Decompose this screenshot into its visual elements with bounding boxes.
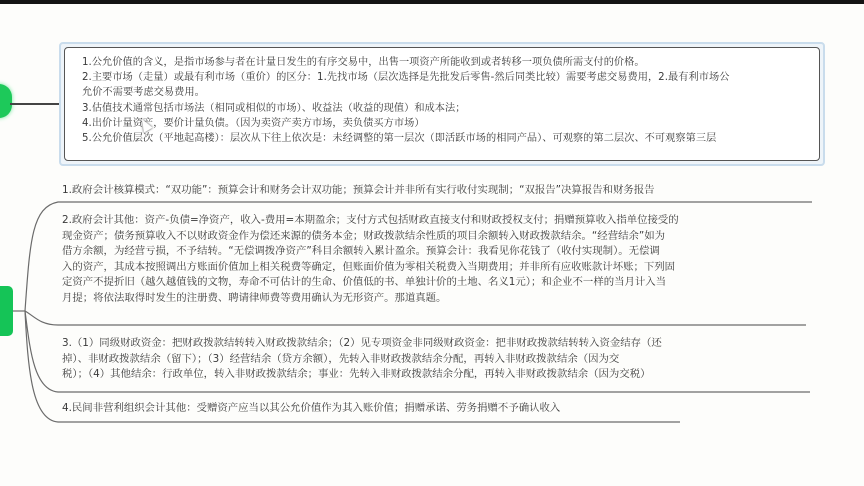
callout-content: 1.公允价值的含义，是指市场参与者在计量日发生的有序交易中，出售一项资产所能收到… — [64, 47, 820, 161]
topic-line: 现金资产；债务预算收入不以财政资金作为偿还来源的债务本金；财政拨款结余性质的项目… — [62, 229, 679, 245]
topic-line: 定资产不提折旧（越久越值钱的文物，寿命不可估计的生命、价值低的书、单独计价的土地… — [62, 275, 679, 291]
topic-nonprofit-accounting[interactable]: 4.民间非营利组织会计其他：受赠资产应当以其公允价值作为其入账价值；捐赠承诺、劳… — [62, 401, 560, 417]
callout-line: 允价不需要考虑交易费用。 — [82, 85, 819, 100]
topic-line: 借方余额，为经营亏损，不予结转。“无偿调拨净资产”科目余额转入累计盈余。预算会计… — [62, 244, 679, 260]
callout-line: 2.主要市场（走量）或最有利市场（重价）的区分：1.先找市场（层次选择是先批发后… — [82, 70, 819, 85]
callout-box-fair-value[interactable]: 1.公允价值的含义，是指市场参与者在计量日发生的有序交易中，出售一项资产所能收到… — [59, 42, 825, 166]
topic-gov-accounting-other[interactable]: 2.政府会计其他：资产-负债=净资产，收入-费用=本期盈余；支付方式包括财政直接… — [62, 213, 679, 307]
topic-line: 2.政府会计其他：资产-负债=净资产，收入-费用=本期盈余；支付方式包括财政直接… — [62, 213, 679, 229]
connector-line — [10, 103, 60, 105]
parent-topic-node-top[interactable] — [0, 84, 12, 118]
window-top-edge — [0, 0, 864, 4]
topic-gov-accounting-model[interactable]: 1.政府会计核算模式：“双功能”：预算会计和财务会计双功能；预算会计并非所有实行… — [62, 183, 655, 199]
topic-balance-transfer[interactable]: 3.（1）同级财政资金：把财政拨款结转转入财政拨款结余；（2）见专项资金非同级财… — [62, 336, 662, 383]
callout-line: 1.公允价值的含义，是指市场参与者在计量日发生的有序交易中，出售一项资产所能收到… — [82, 55, 819, 70]
callout-line: 4.出价计量资产，要价计量负债。（因为卖资产卖方市场，卖负债买方市场） — [82, 116, 819, 131]
topic-line: 3.（1）同级财政资金：把财政拨款结转转入财政拨款结余；（2）见专项资金非同级财… — [62, 336, 662, 352]
topic-line: 税）；（4）其他结余：行政单位，转入非财政拨款结余；事业：先转入非财政拨款结余分… — [62, 367, 662, 383]
topic-line: 入的资产，其成本按照调出方账面价值加上相关税费等确定，但账面价值为零相关税费入当… — [62, 260, 679, 276]
topic-line: 1.政府会计核算模式：“双功能”：预算会计和财务会计双功能；预算会计并非所有实行… — [62, 183, 655, 199]
topic-line: 月提；将依法取得时发生的注册费、聘请律师费等费用确认为无形资产。那道真题。 — [62, 291, 679, 307]
topic-line: 4.民间非营利组织会计其他：受赠资产应当以其公允价值作为其入账价值；捐赠承诺、劳… — [62, 401, 560, 417]
callout-line: 3.估值技术通常包括市场法（相同或相似的市场）、收益法（收益的现值）和成本法； — [82, 101, 819, 116]
topic-line: 掉）、非财政拨款结余（留下）；（3）经营结余（贷方余额），先转入非财政拨款结余分… — [62, 352, 662, 368]
callout-line: 5.公允价值层次（平地起高楼）：层次从下往上依次是：未经调整的第一层次（即活跃市… — [82, 131, 819, 146]
